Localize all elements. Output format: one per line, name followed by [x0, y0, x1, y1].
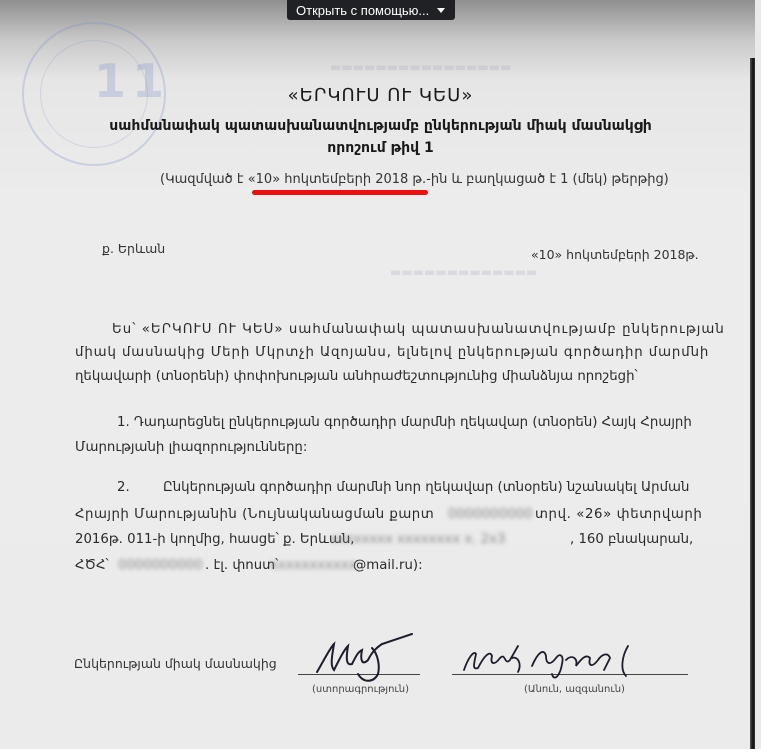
composition-note: (Կազմված է «10» հոկտեմբերի 2018 թ.-ին և …: [160, 172, 669, 187]
item-2-line-1: Ընկերության գործադիր մարմնի նոր ղեկավար …: [163, 480, 689, 495]
red-highlight-underline: [252, 190, 428, 195]
item-2-line-3-end: , 160 բնակարան,: [570, 532, 693, 547]
item-2-line-4-label: ՀԾՀ՝: [75, 558, 109, 573]
handwritten-name: [460, 636, 650, 686]
intro-line-2: միակ մասնակից Մերի Մկրտչի Ազոյանս, ելնել…: [75, 345, 709, 360]
item-1-line-1: 1. Դադարեցնել ընկերության գործադիր մարմն…: [117, 415, 692, 430]
document-date: «10» հոկտեմբերի 2018թ.: [531, 247, 699, 262]
caret-down-icon: [437, 8, 445, 13]
signature-label: Ընկերության միակ մասնակից: [74, 656, 277, 671]
open-with-button[interactable]: Открыть с помощью...: [287, 0, 455, 20]
decision-number: որոշում թիվ 1: [0, 140, 761, 156]
signature-caption: (ստորագրություն): [312, 684, 409, 695]
item-2-number: 2.: [117, 480, 130, 495]
handwritten-signature: [312, 630, 422, 690]
bleed-through-text: ▬▬▬▬▬▬▬▬▬▬▬▬▬▬▬▬: [330, 60, 511, 74]
item-1-line-2: Մարությանի լիազորությունները:: [75, 440, 307, 455]
intro-line-1: Ես՝ «ԵՐԿՈՒՍ ՈՒ ԿԵՍ» սահմանափակ պատասխանա…: [112, 322, 725, 337]
document-subtitle: սահմանափակ պատասխանատվությամբ ընկերությա…: [0, 118, 761, 134]
bleed-through-text: ▬▬▬▬▬▬▬▬▬▬▬▬▬: [390, 265, 537, 279]
item-2-line-2-end: տրվ. «26» փետրվարի: [535, 507, 702, 522]
city: ք. Երևան: [102, 241, 165, 256]
redacted-ssn: 0000000000: [118, 558, 203, 573]
item-2-line-3: 2016թ. 011-ի կողմից, հասցե՝ ք. Երևան,: [75, 532, 354, 547]
viewer-edge: [755, 0, 761, 749]
item-2-line-2: Հրայրի Մարությանին (Նույնականացման քարտ: [75, 507, 434, 522]
company-name-heading: «ԵՐԿՈՒՍ ՈՒ ԿԵՍ»: [0, 85, 761, 106]
redacted-id-number: 0000000000: [448, 507, 533, 522]
redacted-email-user: xxxxxxxxxxx: [270, 558, 357, 573]
redacted-address: xxxxxxxx xxxxxxxx x. 2x3: [330, 532, 505, 547]
email-label: . էլ. փոստ՝: [205, 558, 278, 573]
email-domain: @mail.ru):: [353, 558, 423, 573]
paper-fold-line: [0, 0, 9, 11]
intro-line-3: ղեկավարի (տնօրենի) փոփոխության անհրաժեշտ…: [75, 369, 638, 384]
name-caption: (Անուն, ազգանուն): [524, 684, 625, 695]
scanned-document-page: 11 ▬▬▬▬▬▬▬▬▬▬▬▬▬▬▬▬ ▬▬▬▬▬▬▬▬▬▬▬▬▬ «ԵՐԿՈՒ…: [0, 0, 761, 749]
paper-edge-shadow: [750, 58, 755, 749]
open-with-label: Открыть с помощью...: [296, 3, 429, 18]
